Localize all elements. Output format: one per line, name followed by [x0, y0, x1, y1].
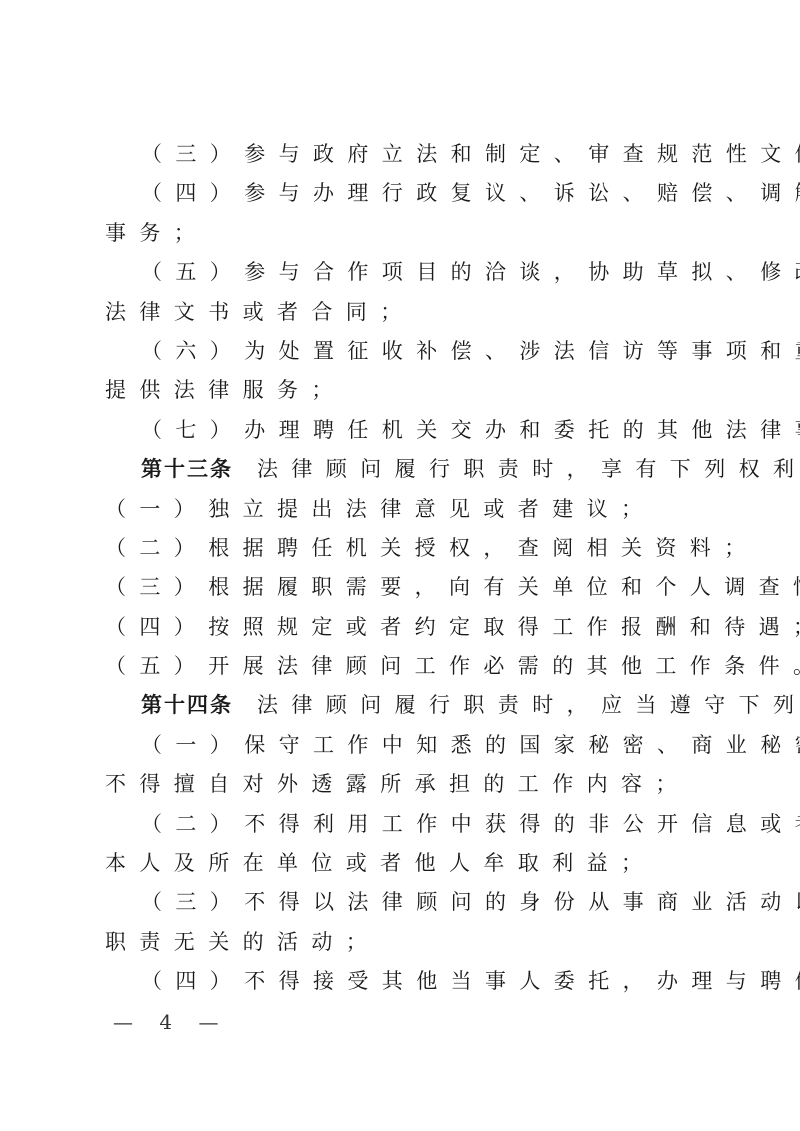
- item-continuation-line: 本人及所在单位或者他人牟取利益；: [105, 844, 705, 883]
- item-line: （三）参与政府立法和制定、审查规范性文件的咨询论证；: [105, 135, 705, 174]
- item-continuation-line: 提供法律服务；: [105, 371, 705, 410]
- item-line: （四）参与办理行政复议、诉讼、赔偿、调解、仲裁等法律: [105, 174, 705, 213]
- item-line: （三）根据履职需要，向有关单位和个人调查情况；: [105, 568, 705, 607]
- document-page: （三）参与政府立法和制定、审查规范性文件的咨询论证； （四）参与办理行政复议、诉…: [0, 0, 800, 1131]
- document-body: （三）参与政府立法和制定、审查规范性文件的咨询论证； （四）参与办理行政复议、诉…: [105, 135, 705, 1002]
- item-line: （四）不得接受其他当事人委托，办理与聘任机关有利益冲: [105, 962, 705, 1001]
- article-14: 第十四条法律顾问履行职责时，应当遵守下列规定：: [105, 686, 705, 725]
- item-line: （一）独立提出法律意见或者建议；: [105, 490, 705, 529]
- item-continuation-line: 不得擅自对外透露所承担的工作内容；: [105, 765, 705, 804]
- item-continuation-line: 法律文书或者合同；: [105, 293, 705, 332]
- item-line: （二）根据聘任机关授权，查阅相关资料；: [105, 529, 705, 568]
- item-continuation-line: 事务；: [105, 214, 705, 253]
- article-heading: 第十三条: [141, 457, 233, 481]
- item-line: （五）参与合作项目的洽谈，协助草拟、修改、审查重要的: [105, 253, 705, 292]
- item-line: （四）按照规定或者约定取得工作报酬和待遇；: [105, 608, 705, 647]
- item-line: （六）为处置征收补偿、涉法信访等事项和重大突发事件等: [105, 332, 705, 371]
- item-line: （三）不得以法律顾问的身份从事商业活动以及与法律顾问: [105, 883, 705, 922]
- item-continuation-line: 职责无关的活动；: [105, 923, 705, 962]
- item-line: （七）办理聘任机关交办和委托的其他法律事务。: [105, 411, 705, 450]
- page-number: — 4 —: [113, 1010, 228, 1034]
- item-line: （二）不得利用工作中获得的非公开信息或者便利条件，为: [105, 805, 705, 844]
- item-line: （一）保守工作中知悉的国家秘密、商业秘密、个人隐私，: [105, 726, 705, 765]
- article-heading: 第十四条: [141, 693, 233, 717]
- item-line: （五）开展法律顾问工作必需的其他工作条件。: [105, 647, 705, 686]
- article-text: 法律顾问履行职责时，享有下列权利：: [257, 457, 800, 481]
- article-13: 第十三条法律顾问履行职责时，享有下列权利：: [105, 450, 705, 489]
- article-text: 法律顾问履行职责时，应当遵守下列规定：: [257, 693, 800, 717]
